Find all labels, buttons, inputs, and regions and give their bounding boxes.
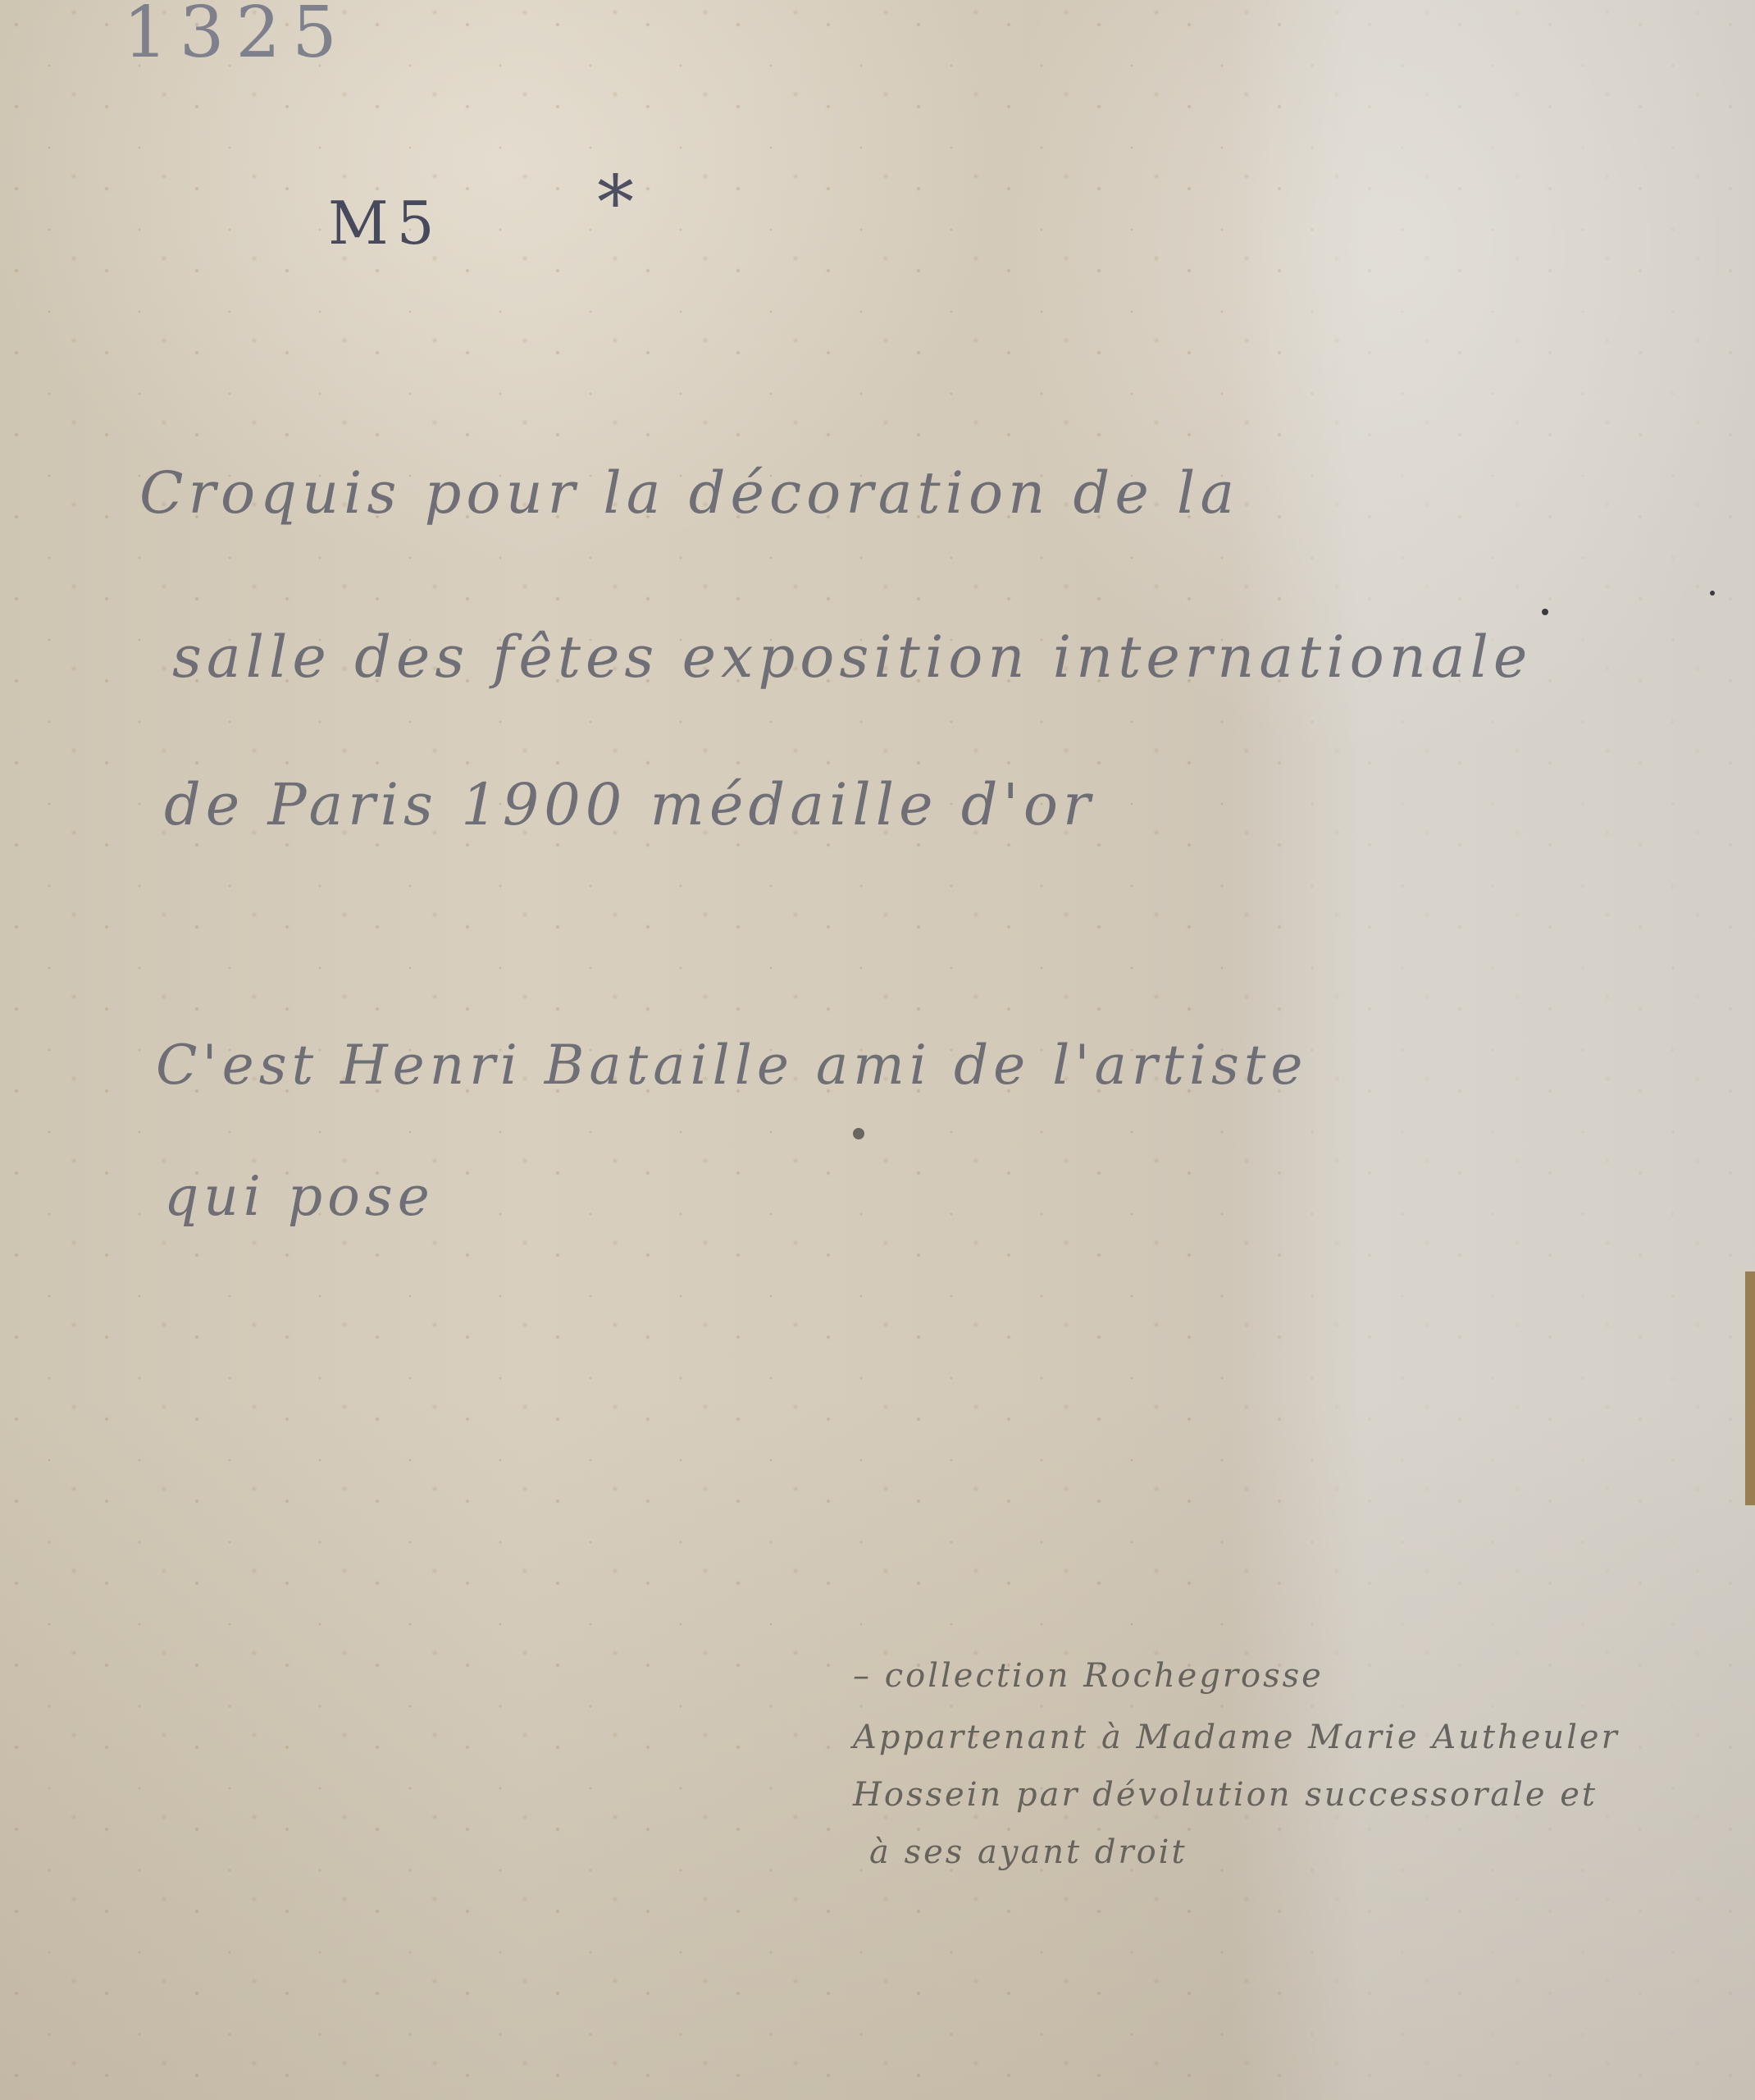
provenance-line-1: – collection Rochegrosse [853, 1657, 1324, 1695]
main-text-line-2: salle des fêtes exposition international… [172, 623, 1532, 691]
asterisk-mark-icon: * [597, 160, 639, 246]
ink-dot [1542, 609, 1548, 615]
main-text-line-3: de Paris 1900 médaille d'or [164, 771, 1095, 838]
main-text-line-5: qui pose [164, 1165, 435, 1228]
ink-dot [1710, 591, 1715, 596]
catalog-marking: M5 [328, 189, 443, 258]
provenance-line-4: à ses ayant droit [869, 1833, 1187, 1871]
tape-strip [1745, 1271, 1755, 1505]
stain-dot [853, 1128, 864, 1139]
inventory-number: 1325 [123, 0, 349, 74]
main-text-line-1: Croquis pour la décoration de la [139, 459, 1239, 527]
provenance-line-2: Appartenant à Madame Marie Autheuler [853, 1719, 1620, 1756]
main-text-line-4: C'est Henri Bataille ami de l'artiste [156, 1034, 1307, 1097]
provenance-line-3: Hossein par dévolution successorale et [853, 1776, 1598, 1814]
